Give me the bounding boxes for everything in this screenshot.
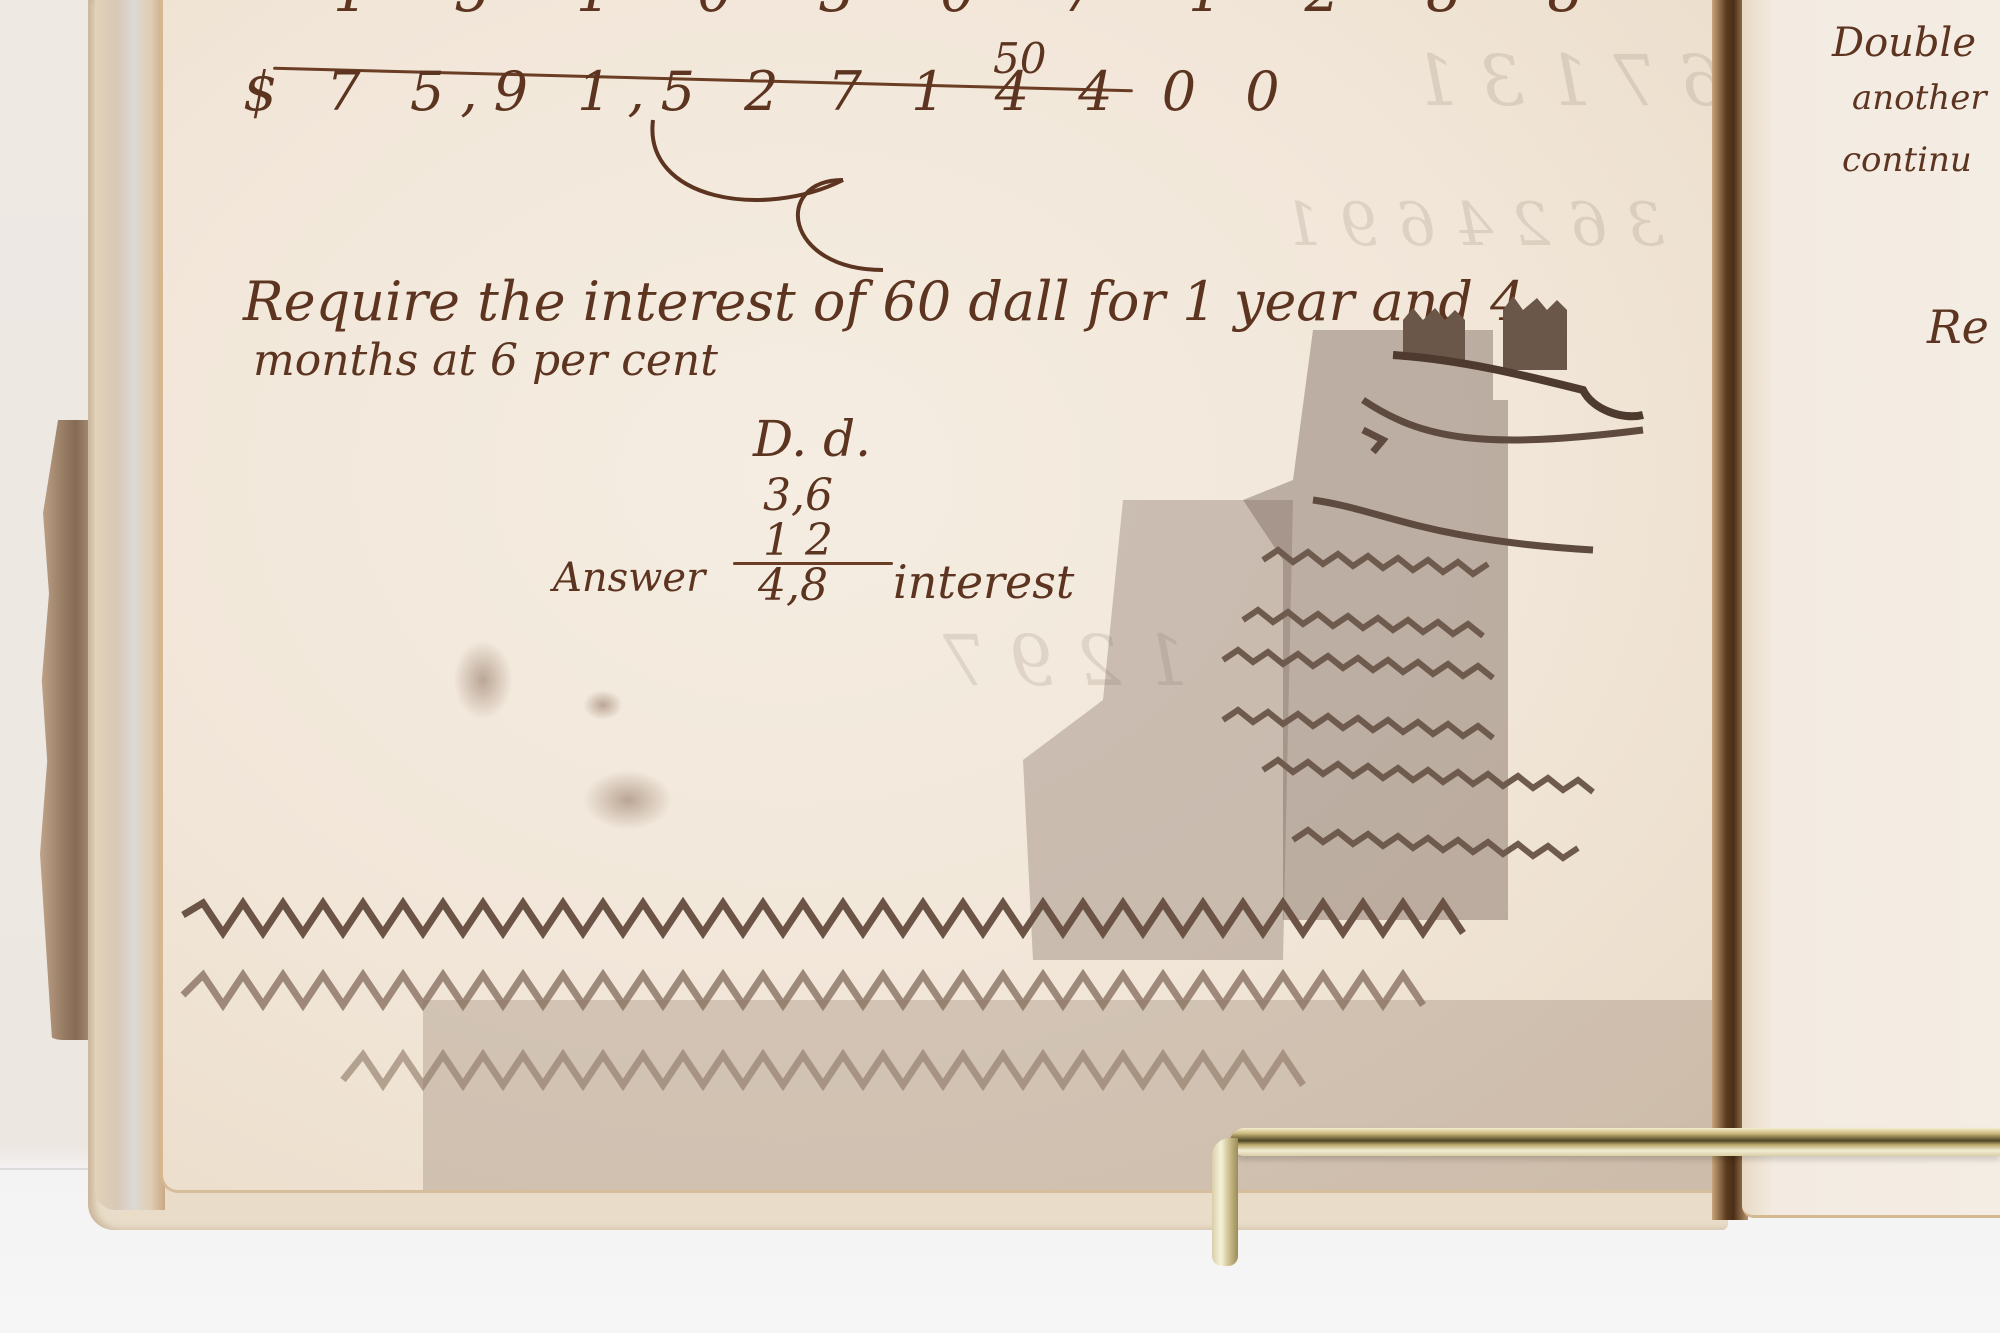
lower-wash	[1023, 500, 1293, 960]
left-page: 1 2 7 6 7 1 3 1 3 6 2 4 6 9 1 1 2 9 7 1 …	[160, 0, 1723, 1193]
page-stack-edge	[95, 0, 165, 1210]
book-stand-rod	[1230, 1128, 2000, 1156]
right-page-line-3: continu	[1842, 140, 1972, 180]
book-stand-leg	[1212, 1138, 1238, 1266]
right-page: Double another continu Re	[1742, 0, 2000, 1218]
tower-drawing	[163, 0, 1723, 1190]
right-page-line-4: Re	[1927, 300, 1989, 354]
photograph: 1 2 7 6 7 1 3 1 3 6 2 4 6 9 1 1 2 9 7 1 …	[0, 0, 2000, 1333]
right-page-line-2: another	[1852, 78, 1987, 118]
right-page-line-1: Double	[1832, 20, 1976, 66]
